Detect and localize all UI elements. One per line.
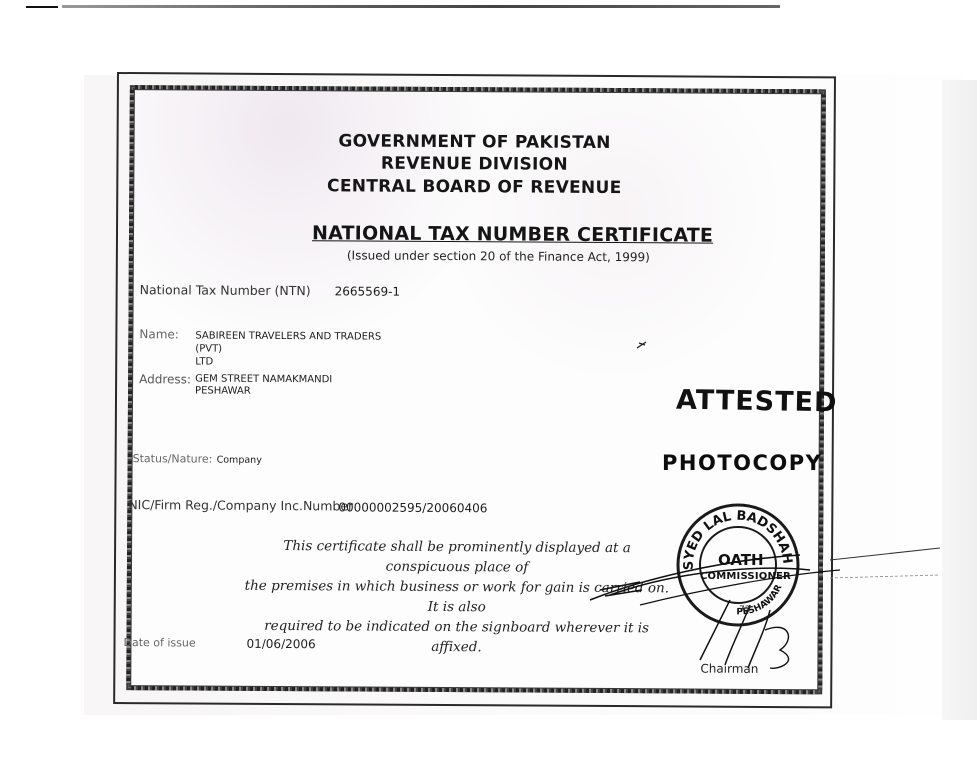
status-value: Company: [217, 455, 262, 466]
date-of-issue-label: Date of issue: [123, 636, 195, 649]
header-line-government: GOVERNMENT OF PAKISTAN: [275, 131, 675, 153]
date-of-issue-value: 01/06/2006: [246, 637, 315, 651]
seal-number: 73: [739, 605, 750, 615]
scan-right-edge: [942, 80, 977, 720]
nic-label: NIC/Firm Reg./Company Inc.Number: [128, 497, 353, 513]
seal-center-commissioner: COMMISSIONER: [700, 571, 791, 582]
name-value: SABIREEN TRAVELERS AND TRADERS (PVT) LTD: [195, 329, 405, 369]
pen-mark-icon: [636, 340, 648, 350]
header-line-board: CENTRAL BOARD OF REVENUE: [264, 176, 684, 199]
border-pattern-top: [135, 85, 821, 93]
header-line-division: REVENUE DIVISION: [274, 153, 674, 175]
address-value-line1: GEM STREET NAMAKMANDI: [195, 373, 332, 386]
address-label: Address:: [139, 372, 191, 386]
photocopy-stamp: PHOTOCOPY: [662, 451, 822, 475]
ntn-label: National Tax Number (NTN): [140, 282, 311, 298]
name-label: Name:: [139, 327, 179, 341]
signatory-title: Chairman: [700, 662, 758, 676]
certificate-title: NATIONAL TAX NUMBER CERTIFICATE: [312, 222, 713, 246]
name-value-line1: SABIREEN TRAVELERS AND TRADERS (PVT): [195, 329, 405, 356]
attested-stamp: ATTESTED: [676, 385, 838, 419]
notice-line-2: the premises in which business or work f…: [242, 576, 672, 619]
nic-value: 00000002595/20060406: [338, 500, 487, 515]
seal-center-oath: OATH: [718, 551, 764, 569]
ntn-value: 2665569-1: [335, 284, 401, 298]
certificate-subtitle: (Issued under section 20 of the Finance …: [347, 248, 650, 264]
address-value: GEM STREET NAMAKMANDI PESHAWAR: [195, 373, 332, 398]
notice-line-1: This certificate shall be prominently di…: [242, 536, 672, 579]
border-pattern-bottom: [131, 686, 817, 694]
name-value-line2: LTD: [195, 355, 405, 369]
status-label: Status/Nature:: [133, 452, 213, 465]
address-value-line2: PESHAWAR: [195, 385, 332, 398]
top-scan-edge: [62, 5, 780, 8]
top-scan-edge-dark: [26, 6, 58, 8]
border-pattern-left: [126, 90, 134, 685]
